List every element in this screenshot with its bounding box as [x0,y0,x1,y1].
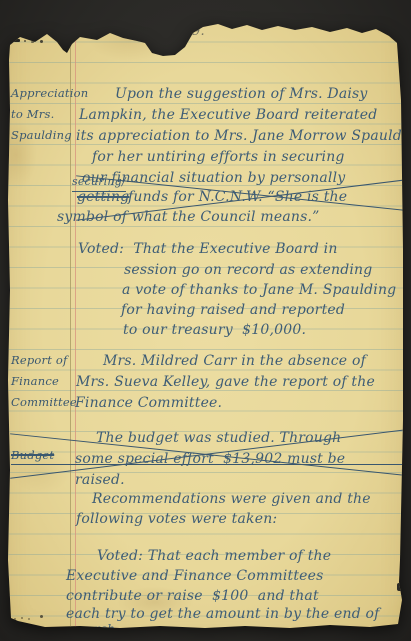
ink-dot [24,40,26,42]
vote-line: session go on record as extending [124,261,372,279]
margin-note-appreciation-line1: Appreciation [11,84,88,102]
speck [21,617,23,619]
body-line: Finance Committee. [75,394,222,412]
speck [40,615,43,618]
page-number: 9. [192,23,205,41]
body-line: The budget was studied. Through [96,429,341,447]
body-line: its appreciation to Mrs. Jane Morrow Spa… [76,127,411,145]
body-line: Upon the suggestion of Mrs. Daisy [115,85,368,103]
edge-mark [397,583,402,591]
ink-dot [31,41,34,43]
vote-line: Voted: That the Executive Board in [78,240,338,258]
margin-note-finance-line1: Report of [11,351,68,369]
speck [8,616,10,618]
margin-note-finance-line2: Finance [11,372,59,390]
margin-note-appreciation-line3: Spaulding [11,126,72,144]
body-line: symbol of what the Council means.” [57,208,320,226]
body-line: raised. [75,471,125,489]
vote-line: march. [74,620,120,638]
paper-wrapper: 9. Appreciation to Mrs. Spaulding Upon t… [0,0,411,641]
body-line: Mrs. Mildred Carr in the absence of [103,352,366,370]
ink-dash-mark [13,39,20,42]
margin-note-appreciation-line2: to Mrs. [11,105,54,123]
speck [28,618,30,620]
body-line: for her untiring efforts in securing [92,148,345,166]
vote-line: a vote of thanks to Jane M. Spaulding [122,281,396,299]
speck [14,618,16,620]
margin-note-finance-line3: Committee [11,393,77,411]
vote-line: to our treasury $10,000. [123,321,306,339]
vote-line: Executive and Finance Committees [66,567,324,585]
vote-line: Voted: That each member of the [97,547,331,565]
vote-line: for having raised and reported [121,301,345,319]
vote-line: contribute or raise $100 and that [66,587,319,605]
body-line: Lampkin, the Executive Board reiterated [79,106,377,124]
body-line: following votes were taken: [76,510,277,528]
body-line: some special effort $13,902 must be [75,450,345,468]
body-line: Recommendations were given and the [92,490,371,508]
ink-dot [40,40,43,43]
notebook-page: 9. Appreciation to Mrs. Spaulding Upon t… [0,0,411,641]
body-line: funds for N.C.N.W. “She is the [128,188,347,206]
body-line: Mrs. Sueva Kelley, gave the report of th… [76,373,375,391]
